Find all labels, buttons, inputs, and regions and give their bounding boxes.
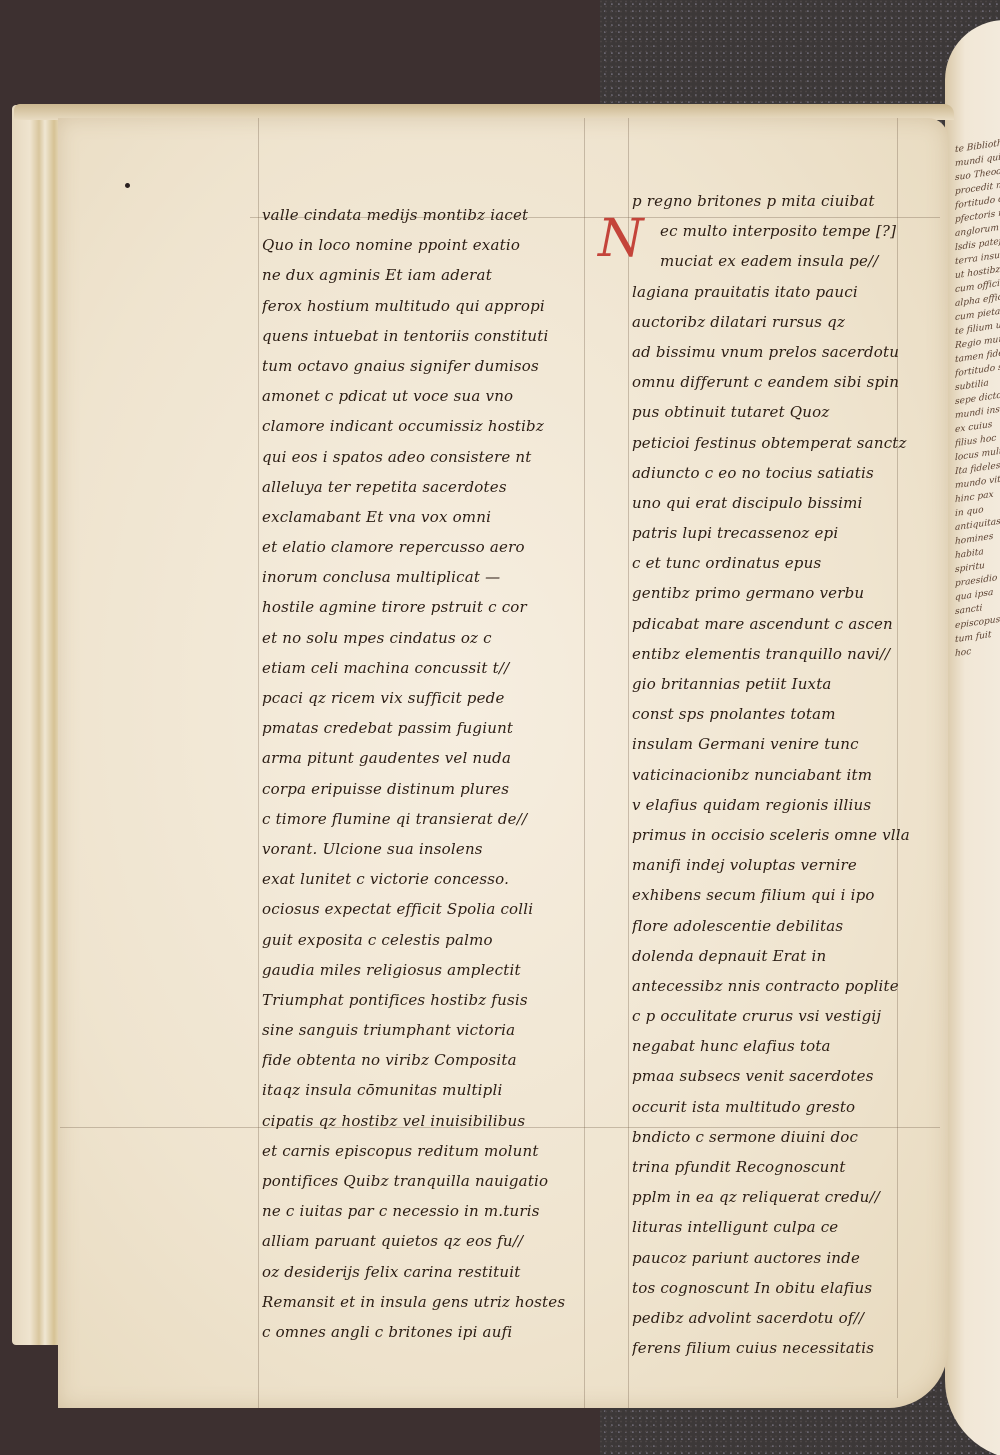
manuscript-line: etiam celi machina concussit t//: [262, 653, 587, 683]
manuscript-line: Remansit et in insula gens utriz hostes: [262, 1287, 587, 1317]
manuscript-line: const sps pnolantes totam: [632, 699, 957, 729]
manuscript-line: peticioi festinus obtemperat sanctz: [632, 428, 957, 458]
manuscript-line: manifi indej voluptas vernire: [632, 850, 957, 880]
manuscript-line: pplm in ea qz reliquerat credu//: [632, 1182, 957, 1212]
manuscript-line: trina pfundit Recognoscunt: [632, 1152, 957, 1182]
manuscript-line: hostile agmine tirore pstruit c cor: [262, 592, 587, 622]
manuscript-line: inorum conclusa multiplicat —: [262, 562, 587, 592]
manuscript-line: ferox hostium multitudo qui appropi: [262, 291, 587, 321]
manuscript-line: vaticinacionibz nunciabant itm: [632, 760, 957, 790]
manuscript-line: ec multo interposito tempe [?]: [632, 216, 957, 246]
manuscript-line: pdicabat mare ascendunt c ascen: [632, 609, 957, 639]
manuscript-line: flore adolescentie debilitas: [632, 911, 957, 941]
ruling-line-vertical: [628, 118, 629, 1408]
ink-dot: [125, 183, 130, 188]
manuscript-line: bndicto c sermone diuini doc: [632, 1122, 957, 1152]
manuscript-line: muciat ex eadem insula pe//: [632, 246, 957, 276]
text-column-right: p regno britones p mita ciuibatec multo …: [632, 186, 957, 1363]
manuscript-line: qui eos i spatos adeo consistere nt: [262, 442, 587, 472]
manuscript-line: uno qui erat discipulo bissimi: [632, 488, 957, 518]
manuscript-line: entibz elementis tranquillo navi//: [632, 639, 957, 669]
manuscript-line: pcaci qz ricem vix sufficit pede: [262, 683, 587, 713]
manuscript-line: ferens filium cuius necessitatis: [632, 1333, 957, 1363]
manuscript-line: pus obtinuit tutaret Quoz: [632, 397, 957, 427]
ruling-line-vertical: [258, 118, 259, 1408]
manuscript-line: antecessibz nnis contracto poplite: [632, 971, 957, 1001]
manuscript-line: et carnis episcopus reditum molunt: [262, 1136, 587, 1166]
manuscript-line: oz desiderijs felix carina restituit: [262, 1257, 587, 1287]
manuscript-line: clamore indicant occumissiz hostibz: [262, 411, 587, 441]
manuscript-line: ociosus expectat efficit Spolia colli: [262, 894, 587, 924]
manuscript-line: cipatis qz hostibz vel inuisibilibus: [262, 1106, 587, 1136]
manuscript-line: Quo in loco nomine ppoint exatio: [262, 230, 587, 260]
manuscript-line: tum octavo gnaius signifer dumisos: [262, 351, 587, 381]
manuscript-line: valle cindata medijs montibz iacet: [262, 200, 587, 230]
manuscript-line: et elatio clamore repercusso aero: [262, 532, 587, 562]
manuscript-line: exhibens secum filium qui i ipo: [632, 880, 957, 910]
manuscript-line: auctoribz dilatari rursus qz: [632, 307, 957, 337]
manuscript-line: ne c iuitas par c necessio in m.turis: [262, 1196, 587, 1226]
manuscript-line: negabat hunc elafius tota: [632, 1031, 957, 1061]
manuscript-line: amonet c pdicat ut voce sua vno: [262, 381, 587, 411]
manuscript-line: tos cognoscunt In obitu elafius: [632, 1273, 957, 1303]
manuscript-line: gentibz primo germano verbu: [632, 578, 957, 608]
facing-page-text: te Bibliothecamundi qui rursussuo Theodo…: [955, 137, 1000, 1173]
manuscript-line: quens intuebat in tentoriis constituti: [262, 321, 587, 351]
manuscript-line: lituras intelligunt culpa ce: [632, 1212, 957, 1242]
manuscript-line: patris lupi trecassenoz epi: [632, 518, 957, 548]
manuscript-line: occurit ista multitudo gresto: [632, 1092, 957, 1122]
manuscript-line: lagiana prauitatis itato pauci: [632, 277, 957, 307]
manuscript-line: et no solu mpes cindatus oz c: [262, 623, 587, 653]
manuscript-line: pmaa subsecs venit sacerdotes: [632, 1061, 957, 1091]
manuscript-line: ne dux agminis Et iam aderat: [262, 260, 587, 290]
manuscript-line: c timore flumine qi transierat de//: [262, 804, 587, 834]
manuscript-line: omnu differunt c eandem sibi spin: [632, 367, 957, 397]
manuscript-line: itaqz insula cōmunitas multipli: [262, 1075, 587, 1105]
manuscript-line: c et tunc ordinatus epus: [632, 548, 957, 578]
manuscript-line: gio britannias petiit Iuxta: [632, 669, 957, 699]
manuscript-line: alleluya ter repetita sacerdotes: [262, 472, 587, 502]
manuscript-line: primus in occisio sceleris omne vlla: [632, 820, 957, 850]
manuscript-line: dolenda depnauit Erat in: [632, 941, 957, 971]
manuscript-line: c omnes angli c britones ipi aufi: [262, 1317, 587, 1347]
manuscript-line: vorant. Ulcione sua insolens: [262, 834, 587, 864]
manuscript-line: ad bissimu vnum prelos sacerdotu: [632, 337, 957, 367]
manuscript-line: pmatas credebat passim fugiunt: [262, 713, 587, 743]
manuscript-line: adiuncto c eo no tocius satiatis: [632, 458, 957, 488]
manuscript-line: pontifices Quibz tranquilla nauigatio: [262, 1166, 587, 1196]
manuscript-line: pedibz advolint sacerdotu of//: [632, 1303, 957, 1333]
manuscript-line: gaudia miles religiosus amplectit: [262, 955, 587, 985]
manuscript-line: fide obtenta no viribz Composita: [262, 1045, 587, 1075]
manuscript-line: sine sanguis triumphant victoria: [262, 1015, 587, 1045]
text-column-left: valle cindata medijs montibz iacetQuo in…: [262, 200, 587, 1347]
manuscript-line: alliam paruant quietos qz eos fu//: [262, 1226, 587, 1256]
manuscript-line: insulam Germani venire tunc: [632, 729, 957, 759]
manuscript-line: Triumphat pontifices hostibz fusis: [262, 985, 587, 1015]
manuscript-line: exat lunitet c victorie concesso.: [262, 864, 587, 894]
manuscript-line: c p occulitate crurus vsi vestigij: [632, 1001, 957, 1031]
manuscript-line: arma pitunt gaudentes vel nuda: [262, 743, 587, 773]
manuscript-line: v elafius quidam regionis illius: [632, 790, 957, 820]
manuscript-line: guit exposita c celestis palmo: [262, 925, 587, 955]
manuscript-line: corpa eripuisse distinum plures: [262, 774, 587, 804]
manuscript-line: exclamabant Et vna vox omni: [262, 502, 587, 532]
manuscript-line: paucoz pariunt auctores inde: [632, 1243, 957, 1273]
manuscript-line: p regno britones p mita ciuibat: [632, 186, 957, 216]
